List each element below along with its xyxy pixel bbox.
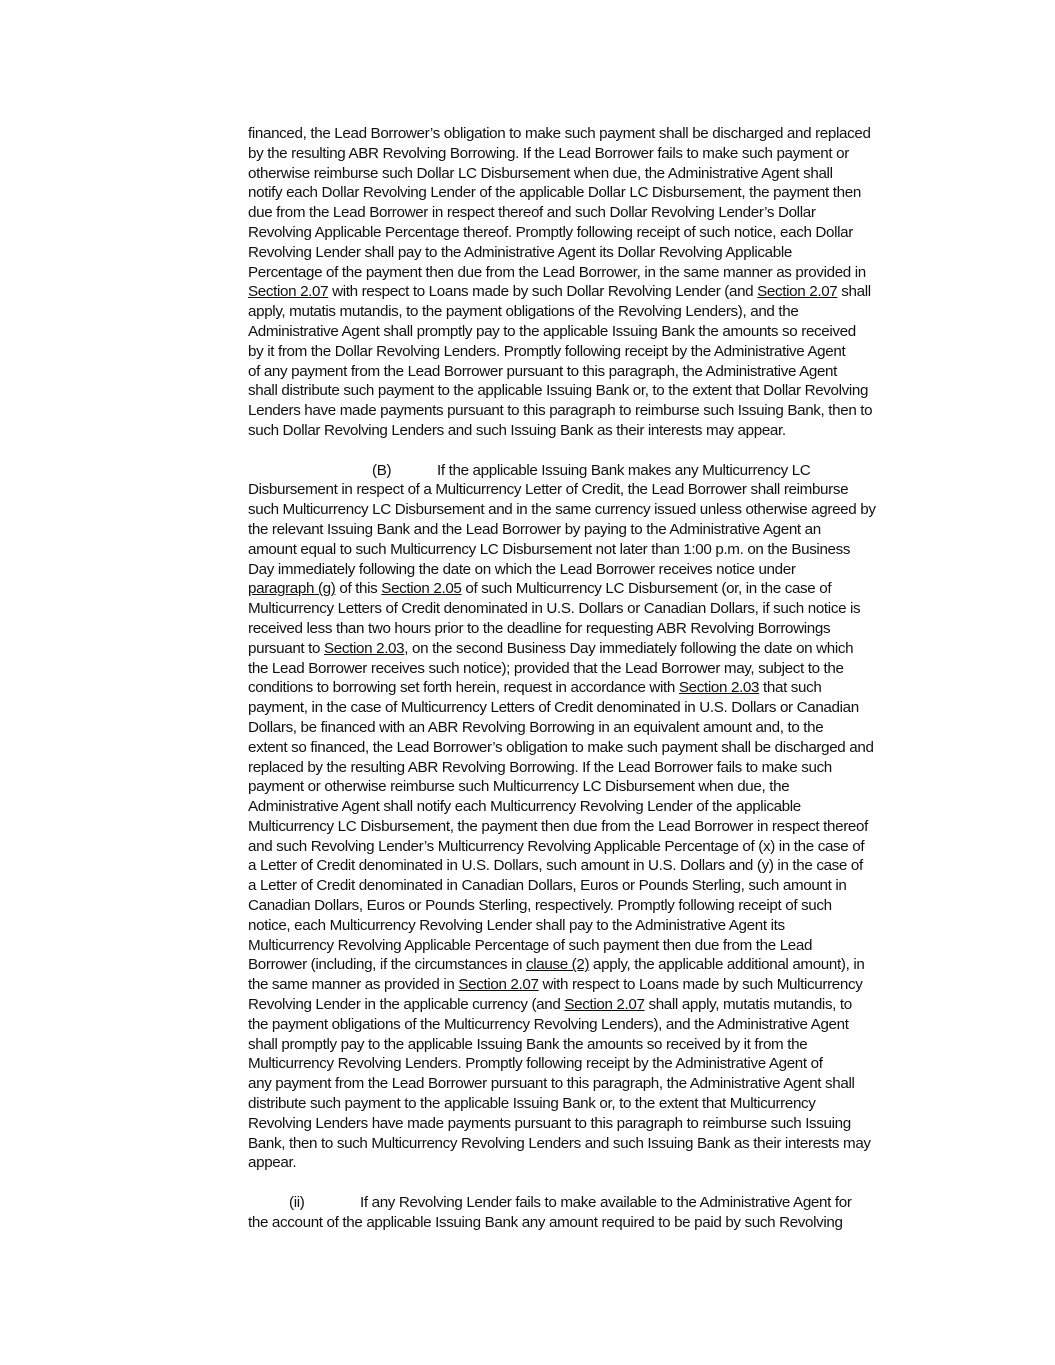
- text-line: Revolving Lenders have made payments pur…: [248, 1114, 938, 1134]
- text-line: apply, mutatis mutandis, to the payment …: [248, 302, 938, 322]
- text-segment: If the applicable Issuing Bank makes any…: [437, 462, 810, 479]
- cross-reference-link[interactable]: paragraph (g): [248, 580, 335, 597]
- text-line: a Letter of Credit denominated in Canadi…: [248, 876, 938, 896]
- text-line: Revolving Lender shall pay to the Admini…: [248, 243, 938, 263]
- text-line: paragraph (g) of this Section 2.05 of su…: [248, 579, 938, 599]
- text-segment: Disbursement in respect of a Multicurren…: [248, 481, 848, 498]
- text-segment: received less than two hours prior to th…: [248, 620, 830, 637]
- text-line: by the resulting ABR Revolving Borrowing…: [248, 144, 938, 164]
- text-segment: the Lead Borrower receives such notice);…: [248, 660, 844, 677]
- text-line: amount equal to such Multicurrency LC Di…: [248, 540, 938, 560]
- text-segment: replaced by the resulting ABR Revolving …: [248, 759, 832, 776]
- paragraph-ii-revolving-lender-failure: (ii)If any Revolving Lender fails to mak…: [248, 1193, 938, 1233]
- text-segment: shall apply, mutatis mutandis, to: [645, 996, 852, 1013]
- text-segment: Canadian Dollars, Euros or Pounds Sterli…: [248, 897, 832, 914]
- text-segment: and such Revolving Lender’s Multicurrenc…: [248, 838, 864, 855]
- text-line: (B)If the applicable Issuing Bank makes …: [248, 461, 938, 481]
- text-line: notice, each Multicurrency Revolving Len…: [248, 916, 938, 936]
- text-line: Disbursement in respect of a Multicurren…: [248, 480, 938, 500]
- text-segment: Multicurrency Revolving Lenders. Promptl…: [248, 1055, 823, 1072]
- text-segment: shall distribute such payment to the app…: [248, 382, 868, 399]
- text-segment: financed, the Lead Borrower’s obligation…: [248, 125, 871, 142]
- cross-reference-link[interactable]: Section 2.03: [679, 679, 759, 696]
- text-segment: distribute such payment to the applicabl…: [248, 1095, 816, 1112]
- text-segment: Revolving Lender shall pay to the Admini…: [248, 244, 792, 261]
- text-line: extent so financed, the Lead Borrower’s …: [248, 738, 938, 758]
- text-segment: that such: [759, 679, 821, 696]
- text-segment: Revolving Lenders have made payments pur…: [248, 1115, 851, 1132]
- text-line: Revolving Applicable Percentage thereof.…: [248, 223, 938, 243]
- text-segment: notify each Dollar Revolving Lender of t…: [248, 184, 861, 201]
- text-segment: Administrative Agent shall promptly pay …: [248, 323, 856, 340]
- text-segment: Multicurrency LC Disbursement, the payme…: [248, 818, 868, 835]
- text-segment: with respect to Loans made by such Dolla…: [328, 283, 757, 300]
- text-line: Canadian Dollars, Euros or Pounds Sterli…: [248, 896, 938, 916]
- text-line: the same manner as provided in Section 2…: [248, 975, 938, 995]
- text-segment: Percentage of the payment then due from …: [248, 264, 866, 281]
- text-segment: notice, each Multicurrency Revolving Len…: [248, 917, 785, 934]
- text-line: Percentage of the payment then due from …: [248, 263, 938, 283]
- cross-reference-link[interactable]: Section 2.07: [458, 976, 538, 993]
- text-segment: , on the second Business Day immediately…: [404, 640, 853, 657]
- text-segment: apply, the applicable additional amount)…: [589, 956, 864, 973]
- text-segment: by the resulting ABR Revolving Borrowing…: [248, 145, 849, 162]
- text-segment: shall promptly pay to the applicable Iss…: [248, 1036, 807, 1053]
- text-line: conditions to borrowing set forth herein…: [248, 678, 938, 698]
- text-line: the Lead Borrower receives such notice);…: [248, 659, 938, 679]
- text-segment: Day immediately following the date on wh…: [248, 561, 796, 578]
- text-line: distribute such payment to the applicabl…: [248, 1094, 938, 1114]
- cross-reference-link[interactable]: Section 2.07: [564, 996, 644, 1013]
- text-segment: Multicurrency Letters of Credit denomina…: [248, 600, 860, 617]
- text-segment: amount equal to such Multicurrency LC Di…: [248, 541, 850, 558]
- cross-reference-link[interactable]: Section 2.03: [324, 640, 404, 657]
- text-line: financed, the Lead Borrower’s obligation…: [248, 124, 938, 144]
- text-segment: with respect to Loans made by such Multi…: [539, 976, 863, 993]
- cross-reference-link[interactable]: Section 2.07: [757, 283, 837, 300]
- text-line: Multicurrency Letters of Credit denomina…: [248, 599, 938, 619]
- text-segment: of any payment from the Lead Borrower pu…: [248, 363, 837, 380]
- document-page: financed, the Lead Borrower’s obligation…: [248, 124, 938, 1252]
- text-line: the account of the applicable Issuing Ba…: [248, 1213, 938, 1233]
- text-segment: Revolving Applicable Percentage thereof.…: [248, 224, 853, 241]
- text-segment: any payment from the Lead Borrower pursu…: [248, 1075, 855, 1092]
- text-line: any payment from the Lead Borrower pursu…: [248, 1074, 938, 1094]
- text-segment: extent so financed, the Lead Borrower’s …: [248, 739, 874, 756]
- text-line: shall promptly pay to the applicable Iss…: [248, 1035, 938, 1055]
- text-line: the relevant Issuing Bank and the Lead B…: [248, 520, 938, 540]
- text-segment: the payment obligations of the Multicurr…: [248, 1016, 849, 1033]
- text-line: such Dollar Revolving Lenders and such I…: [248, 421, 938, 441]
- text-line: the payment obligations of the Multicurr…: [248, 1015, 938, 1035]
- text-line: otherwise reimburse such Dollar LC Disbu…: [248, 164, 938, 184]
- text-line: received less than two hours prior to th…: [248, 619, 938, 639]
- cross-reference-link[interactable]: clause (2): [526, 956, 589, 973]
- text-segment: shall: [837, 283, 870, 300]
- paragraph-b-multicurrency-lc: (B)If the applicable Issuing Bank makes …: [248, 461, 938, 1174]
- text-line: payment, in the case of Multicurrency Le…: [248, 698, 938, 718]
- text-segment: a Letter of Credit denominated in Canadi…: [248, 877, 846, 894]
- text-segment: a Letter of Credit denominated in U.S. D…: [248, 857, 863, 874]
- text-segment: payment or otherwise reimburse such Mult…: [248, 778, 789, 795]
- text-segment: due from the Lead Borrower in respect th…: [248, 204, 816, 221]
- text-line: such Multicurrency LC Disbursement and i…: [248, 500, 938, 520]
- text-line: replaced by the resulting ABR Revolving …: [248, 758, 938, 778]
- text-segment: the account of the applicable Issuing Ba…: [248, 1214, 843, 1231]
- text-segment: Multicurrency Revolving Applicable Perce…: [248, 937, 812, 954]
- text-line: shall distribute such payment to the app…: [248, 381, 938, 401]
- text-line: Day immediately following the date on wh…: [248, 560, 938, 580]
- text-segment: otherwise reimburse such Dollar LC Disbu…: [248, 165, 833, 182]
- text-segment: Bank, then to such Multicurrency Revolvi…: [248, 1135, 871, 1152]
- text-line: notify each Dollar Revolving Lender of t…: [248, 183, 938, 203]
- text-segment: Dollars, be financed with an ABR Revolvi…: [248, 719, 823, 736]
- text-segment: Administrative Agent shall notify each M…: [248, 798, 801, 815]
- text-line: Administrative Agent shall promptly pay …: [248, 322, 938, 342]
- text-line: Administrative Agent shall notify each M…: [248, 797, 938, 817]
- text-segment: such Multicurrency LC Disbursement and i…: [248, 501, 876, 518]
- text-line: appear.: [248, 1153, 938, 1173]
- text-line: pursuant to Section 2.03, on the second …: [248, 639, 938, 659]
- text-segment: Revolving Lender in the applicable curre…: [248, 996, 564, 1013]
- cross-reference-link[interactable]: Section 2.07: [248, 283, 328, 300]
- text-line: Multicurrency Revolving Applicable Perce…: [248, 936, 938, 956]
- text-line: due from the Lead Borrower in respect th…: [248, 203, 938, 223]
- text-segment: of such Multicurrency LC Disbursement (o…: [462, 580, 832, 597]
- text-line: and such Revolving Lender’s Multicurrenc…: [248, 837, 938, 857]
- text-segment: the same manner as provided in: [248, 976, 458, 993]
- text-line: Section 2.07 with respect to Loans made …: [248, 282, 938, 302]
- text-line: by it from the Dollar Revolving Lenders.…: [248, 342, 938, 362]
- text-segment: Borrower (including, if the circumstance…: [248, 956, 526, 973]
- text-line: Bank, then to such Multicurrency Revolvi…: [248, 1134, 938, 1154]
- text-segment: payment, in the case of Multicurrency Le…: [248, 699, 859, 716]
- text-segment: pursuant to: [248, 640, 324, 657]
- text-segment: Lenders have made payments pursuant to t…: [248, 402, 872, 419]
- text-line: of any payment from the Lead Borrower pu…: [248, 362, 938, 382]
- text-line: Borrower (including, if the circumstance…: [248, 955, 938, 975]
- text-line: Revolving Lender in the applicable curre…: [248, 995, 938, 1015]
- text-segment: by it from the Dollar Revolving Lenders.…: [248, 343, 845, 360]
- text-line: Dollars, be financed with an ABR Revolvi…: [248, 718, 938, 738]
- text-line: Lenders have made payments pursuant to t…: [248, 401, 938, 421]
- paragraph-marker: (ii): [289, 1193, 360, 1213]
- text-segment: appear.: [248, 1154, 296, 1171]
- text-segment: conditions to borrowing set forth herein…: [248, 679, 679, 696]
- text-line: a Letter of Credit denominated in U.S. D…: [248, 856, 938, 876]
- paragraph-marker: (B): [372, 461, 437, 481]
- text-segment: If any Revolving Lender fails to make av…: [360, 1194, 852, 1211]
- text-segment: apply, mutatis mutandis, to the payment …: [248, 303, 798, 320]
- cross-reference-link[interactable]: Section 2.05: [381, 580, 461, 597]
- text-line: Multicurrency Revolving Lenders. Promptl…: [248, 1054, 938, 1074]
- text-line: payment or otherwise reimburse such Mult…: [248, 777, 938, 797]
- text-line: (ii)If any Revolving Lender fails to mak…: [248, 1193, 938, 1213]
- text-segment: the relevant Issuing Bank and the Lead B…: [248, 521, 821, 538]
- text-segment: such Dollar Revolving Lenders and such I…: [248, 422, 786, 439]
- text-line: Multicurrency LC Disbursement, the payme…: [248, 817, 938, 837]
- paragraph-dollar-lc-reimbursement: financed, the Lead Borrower’s obligation…: [248, 124, 938, 441]
- text-segment: of this: [335, 580, 381, 597]
